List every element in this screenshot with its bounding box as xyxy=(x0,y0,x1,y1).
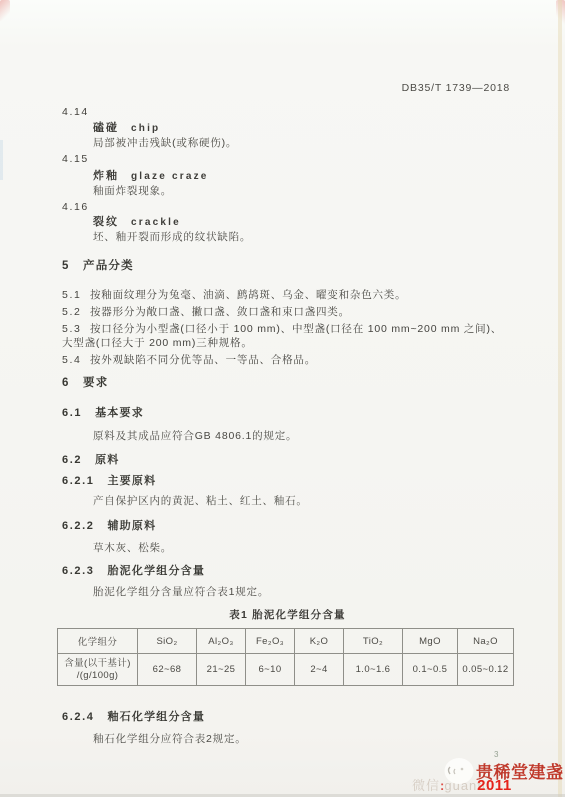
term-title: 裂纹crackle xyxy=(93,215,513,230)
subsection-body: 釉石化学组分应符合表2规定。 xyxy=(93,732,513,746)
clause-item-5-3: 5.3按口径分为小型盏(口径小于 100 mm)、中型盏(口径在 100 mm~… xyxy=(62,323,513,350)
value-cell: 0.05~0.12 xyxy=(458,654,514,686)
term-number: 4.15 xyxy=(62,152,513,166)
brand-name: 贵稀堂建盏 xyxy=(476,758,564,783)
section-title: 产品分类 xyxy=(83,260,134,272)
scan-red-corner-mark-left xyxy=(0,0,10,22)
wechat-label: 微信 xyxy=(412,778,440,793)
subsection-body: 草木灰、松柴。 xyxy=(93,541,513,555)
column-header-cell: TiO₂ xyxy=(344,629,403,654)
clause-item-5-4: 5.4按外观缺陷不同分优等品、一等品、合格品。 xyxy=(62,353,513,367)
section-title: 要求 xyxy=(83,377,108,389)
column-header-cell: Na₂O xyxy=(458,629,514,654)
subsection-number: 6.2.4 xyxy=(62,711,94,723)
subsection-heading-6-2-2: 6.2.2辅助原料 xyxy=(62,519,513,534)
subsection-number: 6.2 xyxy=(62,454,82,466)
term-en: glaze craze xyxy=(131,171,209,182)
column-header-cell: 化学组分 xyxy=(58,629,138,654)
subsection-number: 6.2.2 xyxy=(62,520,94,532)
subsection-title: 釉石化学组分含量 xyxy=(107,711,205,723)
scan-edge-artifact-left xyxy=(0,140,3,180)
clause-number: 5.1 xyxy=(62,288,90,302)
clause-item-5-2: 5.2按器形分为敞口盏、撇口盏、敛口盏和束口盏四类。 xyxy=(62,305,513,319)
subsection-heading-6-1: 6.1基本要求 xyxy=(62,406,513,421)
value-cell: 2~4 xyxy=(295,654,344,686)
subsection-title: 胎泥化学组分含量 xyxy=(107,565,205,577)
table-value-row: 含量(以干基计) /(g/100g) 62~68 21~25 6~10 2~4 … xyxy=(58,654,514,686)
subsection-heading-6-2-4: 6.2.4釉石化学组分含量 xyxy=(62,710,513,725)
clause-text: 按外观缺陷不同分优等品、一等品、合格品。 xyxy=(90,354,316,366)
value-cell: 6~10 xyxy=(246,654,295,686)
clause-text: 按釉面纹理分为兔毫、油滴、鹧鸪斑、乌金、曜变和杂色六类。 xyxy=(90,289,406,301)
section-heading-6: 6要求 xyxy=(62,376,513,391)
subsection-number: 6.2.1 xyxy=(62,475,94,487)
subsection-heading-6-2-3: 6.2.3胎泥化学组分含量 xyxy=(62,564,513,579)
column-header-cell: Al₂O₃ xyxy=(197,629,246,654)
subsection-title: 主要原料 xyxy=(107,475,156,487)
scanned-standard-page: DB35/T 1739—2018 4.14 磕碰chip 局部被冲击残缺(或称硬… xyxy=(0,0,565,797)
term-number: 4.14 xyxy=(62,105,513,119)
clause-number: 5.4 xyxy=(62,353,90,367)
term-cn: 磕碰 xyxy=(93,122,119,134)
subsection-number: 6.2.3 xyxy=(62,565,94,577)
subsection-body: 胎泥化学组分含量应符合表1规定。 xyxy=(93,585,513,599)
value-cell: 0.1~0.5 xyxy=(403,654,458,686)
column-header-cell: MgO xyxy=(403,629,458,654)
scan-edge-artifact-right xyxy=(558,0,562,797)
value-cell: 62~68 xyxy=(138,654,197,686)
term-definition: 釉面炸裂现象。 xyxy=(93,184,513,198)
term-number: 4.16 xyxy=(62,200,513,214)
table-header-row: 化学组分 SiO₂ Al₂O₃ Fe₂O₃ K₂O TiO₂ MgO Na₂O xyxy=(58,629,514,654)
term-en: chip xyxy=(131,123,160,134)
row-label-line2: /(g/100g) xyxy=(60,670,135,682)
subsection-title: 辅助原料 xyxy=(107,520,156,532)
table-caption: 表1 胎泥化学组分含量 xyxy=(62,608,513,622)
clause-text: 按口径分为小型盏(口径小于 100 mm)、中型盏(口径在 100 mm~200… xyxy=(62,323,502,349)
column-header-cell: K₂O xyxy=(295,629,344,654)
clause-text: 按器形分为敞口盏、撇口盏、敛口盏和束口盏四类。 xyxy=(90,306,350,318)
document-body: 4.14 磕碰chip 局部被冲击残缺(或称硬伤)。 4.15 炸釉glaze … xyxy=(62,0,513,746)
term-definition: 坯、釉开裂而形成的纹状缺陷。 xyxy=(93,230,513,244)
subsection-body: 原料及其成品应符合GB 4806.1的规定。 xyxy=(93,429,513,443)
term-title: 炸釉glaze craze xyxy=(93,169,513,184)
subsection-title: 原料 xyxy=(95,454,119,466)
term-en: crackle xyxy=(131,217,181,228)
term-cn: 裂纹 xyxy=(93,216,119,228)
column-header-cell: Fe₂O₃ xyxy=(246,629,295,654)
value-cell: 21~25 xyxy=(197,654,246,686)
section-heading-5: 5产品分类 xyxy=(62,259,513,274)
subsection-body: 产自保护区内的黄泥、粘土、红土、釉石。 xyxy=(93,494,513,508)
brand-logo-icon xyxy=(443,757,475,790)
term-cn: 炸釉 xyxy=(93,170,119,182)
value-cell: 1.0~1.6 xyxy=(344,654,403,686)
clause-item-5-1: 5.1按釉面纹理分为兔毫、油滴、鹧鸪斑、乌金、曜变和杂色六类。 xyxy=(62,288,513,302)
subsection-number: 6.1 xyxy=(62,407,82,419)
column-header-cell: SiO₂ xyxy=(138,629,197,654)
subsection-title: 基本要求 xyxy=(95,407,144,419)
row-label-cell: 含量(以干基计) /(g/100g) xyxy=(58,654,138,686)
composition-table: 化学组分 SiO₂ Al₂O₃ Fe₂O₃ K₂O TiO₂ MgO Na₂O … xyxy=(57,628,514,686)
subsection-heading-6-2: 6.2原料 xyxy=(62,453,513,468)
section-number: 6 xyxy=(62,377,70,389)
term-title: 磕碰chip xyxy=(93,121,513,136)
clause-number: 5.2 xyxy=(62,305,90,319)
section-number: 5 xyxy=(62,260,70,272)
term-definition: 局部被冲击残缺(或称硬伤)。 xyxy=(93,136,513,150)
row-label-line1: 含量(以干基计) xyxy=(60,658,135,670)
clause-number: 5.3 xyxy=(62,323,90,337)
subsection-heading-6-2-1: 6.2.1主要原料 xyxy=(62,474,513,489)
